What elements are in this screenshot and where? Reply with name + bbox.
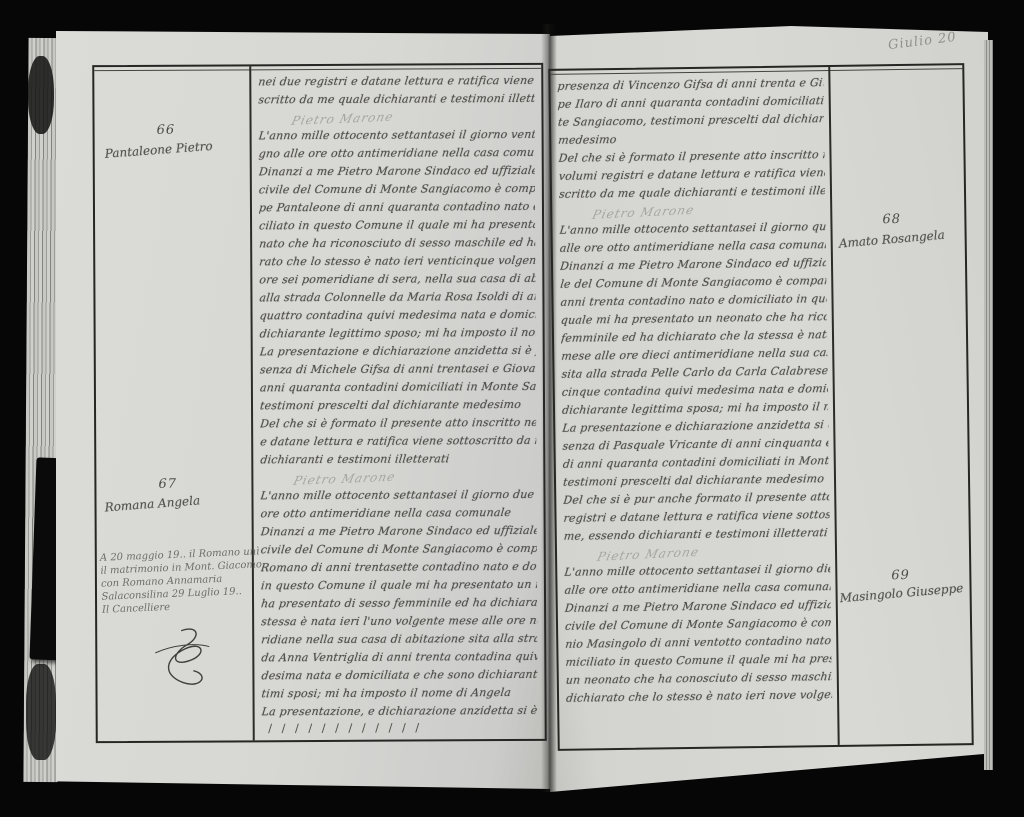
entry-number: 67 — [158, 477, 177, 492]
right-page-edge — [984, 40, 993, 770]
handwritten-line: gno alle ore otto antimeridiane nella ca… — [258, 144, 535, 163]
handwritten-line: L'anno mille ottocento settantasei il gi… — [259, 486, 537, 505]
continuation-paragraph: nei due registri e datane lettura e rati… — [258, 72, 534, 109]
annotation-signature-flourish-icon — [143, 623, 221, 697]
continuation-paragraph: presenza di Vincenzo Gifsa di anni trent… — [557, 74, 825, 204]
right-text-column: presenza di Vincenzo Gifsa di anni trent… — [557, 74, 832, 742]
handwritten-line: timi sposi; mi ha imposto il nome di Ang… — [260, 684, 537, 703]
birth-act-67-body: L'anno mille ottocento settantasei il gi… — [260, 486, 537, 721]
handwritten-line: da Anna Ventriglia di anni trenta contad… — [260, 648, 537, 667]
handwritten-line: Romano di anni trentasette contadino nat… — [260, 558, 538, 577]
handwritten-line: anni quaranta contadini domiciliati in M… — [259, 378, 537, 397]
handwritten-line: dichiarato che lo stesso è nato ieri nov… — [565, 686, 833, 708]
left-column-divider — [249, 66, 255, 740]
handwritten-line: civile del Comune di Monte Sangiacomo è … — [260, 540, 538, 559]
handwritten-line: dichiarante legittimo sposo; mi ha impos… — [259, 324, 537, 343]
binding-mark-top — [28, 56, 54, 134]
handwritten-line: ore sei pomeridiane di sera, nella sua c… — [258, 270, 536, 289]
birth-act-68-body: L'anno mille ottocento settantasei il gi… — [559, 218, 829, 546]
entry-name: Pantaleone Pietro — [104, 139, 213, 161]
handwritten-line: e datane lettura e ratifica viene sottos… — [259, 432, 537, 451]
right-record-frame: 68 Amato Rosangela 69 Masingolo Giuseppe… — [548, 63, 973, 751]
marriage-margin-annotation: A 20 maggio 19.. il Romano unìil matrimo… — [100, 546, 252, 617]
handwritten-line: quattro contadina quivi medesima nata e … — [258, 306, 536, 325]
handwritten-line: L'anno mille ottocento settantasei il gi… — [258, 126, 535, 145]
entry-name: Amato Rosangela — [838, 228, 945, 251]
entry-number: 66 — [157, 123, 176, 138]
handwritten-line: alla strada Colonnelle da Maria Rosa Iso… — [258, 288, 536, 307]
handwritten-line: pe Pantaleone di anni quaranta contadino… — [258, 198, 536, 217]
handwritten-line: Dinanzi a me Pietro Marone Sindaco ed uf… — [258, 162, 536, 181]
handwritten-line: Del che si è formato il presente atto in… — [259, 414, 537, 433]
left-record-frame: 66 Pantaleone Pietro 67 Romana Angela A … — [92, 63, 547, 743]
handwritten-line: ciliato in questo Comune il quale mi ha … — [258, 216, 536, 235]
entry-name: Masingolo Giuseppe — [839, 581, 964, 605]
handwritten-line: senza di Michele Gifsa di anni trentasei… — [259, 360, 537, 379]
handwritten-line: ha presentato di sesso femminile ed ha d… — [260, 594, 538, 613]
handwritten-line: Dinanzi a me Pietro Marone Sindaco ed uf… — [260, 522, 538, 541]
left-text-column: nei due registri e datane lettura e rati… — [258, 72, 537, 733]
handwritten-line: desima nata e domiciliata e che sono dic… — [260, 666, 537, 685]
handwritten-line: La presentazione, e dichiarazione anzide… — [261, 702, 538, 721]
birth-act-66-body: L'anno mille ottocento settantasei il gi… — [259, 126, 537, 469]
handwritten-line: testimoni prescelti dal dichiarante mede… — [259, 396, 537, 415]
handwritten-line: nato che ha riconosciuto di sesso maschi… — [258, 234, 536, 253]
handwritten-line: La presentazione e dichiarazione anzidet… — [259, 342, 537, 361]
entry-number: 68 — [882, 212, 901, 227]
handwritten-line: civile del Comune di Monte Sangiacomo è … — [258, 180, 536, 199]
handwritten-line: in questo Comune il quale mi ha presenta… — [260, 576, 538, 595]
handwritten-line: nei due registri e datane lettura e rati… — [258, 72, 535, 91]
entry-number: 69 — [891, 568, 910, 583]
birth-act-69-body: L'anno mille ottocento settantasei il gi… — [564, 560, 832, 708]
handwritten-line: ridiane nella sua casa di abitazione sit… — [260, 630, 538, 649]
handwritten-line: rato che lo stesso è nato ieri venticinq… — [258, 252, 536, 271]
handwritten-line: ore otto antimeridiane nella casa comuna… — [260, 504, 538, 523]
handwritten-line: stessa è nata ieri l'uno volgente mese a… — [260, 612, 538, 631]
hatch-void-marks: ∕∕∕∕∕∕∕∕∕∕∕∕ — [262, 720, 538, 733]
scanned-register-page: Giulio 20 66 Pantaleone Pietro 67 Romana… — [0, 0, 1024, 817]
entry-name: Romana Angela — [104, 493, 200, 514]
binding-mark-bottom — [26, 664, 56, 760]
